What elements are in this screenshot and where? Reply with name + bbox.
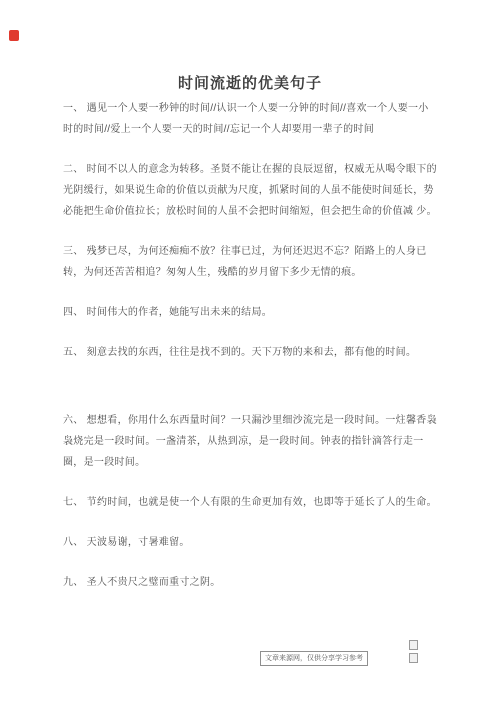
paragraph-8: 八、 天波易谢，寸暑难留。 [63, 532, 437, 553]
red-marker-icon [9, 30, 19, 41]
page-title: 时间流逝的优美句子 [0, 0, 500, 91]
source-note-box: 文章来源网，仅供分享学习参考 [260, 651, 368, 666]
document-body: 一、 遇见一个人要一秒钟的时间//认识一个人要一分钟的时间//喜欢一个人要一小时… [63, 98, 437, 593]
mini-square-icon [409, 653, 418, 663]
paragraph-4: 四、 时间伟大的作者，她能写出未来的结局。 [63, 302, 437, 323]
paragraph-7: 七、 节约时间，也就是使一个人有限的生命更加有效，也即等于延长了人的生命。 [63, 492, 437, 513]
source-note-text: 文章来源网，仅供分享学习参考 [265, 655, 363, 662]
paragraph-6: 六、 想想看，你用什么东西量时间？一只漏沙里细沙流完是一段时间。一炷馨香袅袅烧完… [63, 410, 437, 473]
mini-square-icon [409, 640, 418, 650]
paragraph-3: 三、 残梦已尽，为何还痴痴不放？往事已过，为何还迟迟不忘？陌路上的人身已转，为何… [63, 241, 437, 283]
paragraph-5: 五、 刻意去找的东西，往往是找不到的。天下万物的来和去，都有他的时间。 [63, 342, 437, 363]
corner-marks [409, 640, 418, 666]
document-page: 时间流逝的优美句子 一、 遇见一个人要一秒钟的时间//认识一个人要一分钟的时间/… [0, 0, 500, 708]
paragraph-9: 九、 圣人不贵尺之璧而重寸之阴。 [63, 572, 437, 593]
paragraph-1: 一、 遇见一个人要一秒钟的时间//认识一个人要一分钟的时间//喜欢一个人要一小时… [63, 98, 437, 140]
paragraph-2: 二、 时间不以人的意念为转移。圣贤不能让在握的良辰逗留，权威无从喝令眼下的光阴缓… [63, 159, 437, 222]
